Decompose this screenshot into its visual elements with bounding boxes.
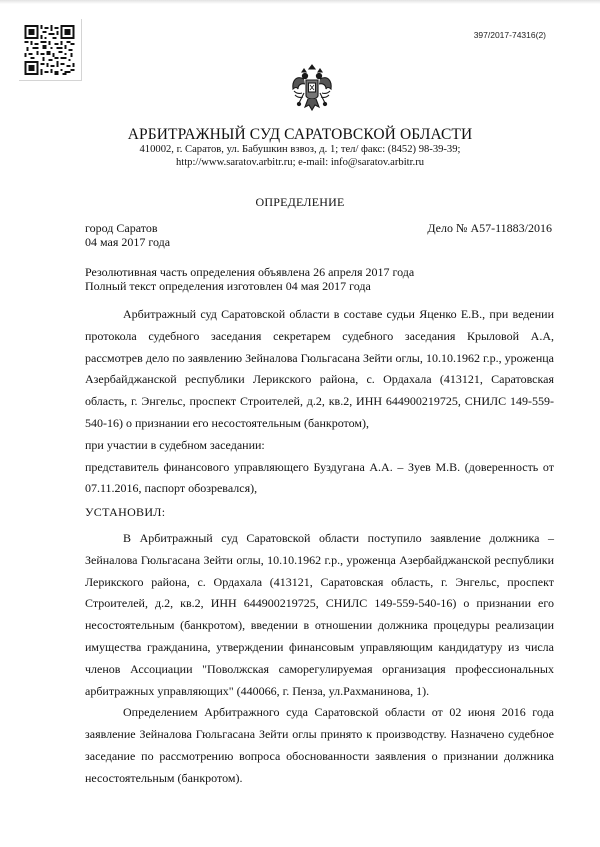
court-address: 410002, г. Саратов, ул. Бабушкин взвоз, … [0,143,600,156]
document-title: ОПРЕДЕЛЕНИЕ [0,195,600,210]
operative-part-announced: Резолютивная часть определения объявлена… [85,265,414,279]
document-body: Арбитражный суд Саратовской области в со… [85,304,554,790]
participation-label: при участии в судебном заседании: [85,435,554,457]
court-contacts: http://www.saratov.arbitr.ru; e-mail: in… [0,156,600,169]
participant-paragraph: представитель финансового управляющего Б… [85,457,554,501]
full-text-prepared: Полный текст определения изготовлен 04 м… [85,279,414,293]
court-name: АРБИТРАЖНЫЙ СУД САРАТОВСКОЙ ОБЛАСТИ [0,126,600,143]
paragraph-1: В Арбитражный суд Саратовской области по… [85,528,554,702]
qr-code-icon [24,25,75,75]
intro-paragraph: Арбитражный суд Саратовской области в со… [85,304,554,435]
document-date: 04 мая 2017 года [85,235,170,249]
established-heading: УСТАНОВИЛ: [85,502,554,524]
place-date-block: город Саратов 04 мая 2017 года [85,221,170,249]
page-top-edge [0,0,600,4]
announcement-block: Резолютивная часть определения объявлена… [85,265,414,293]
qr-code-frame [19,19,82,81]
paragraph-2: Определением Арбитражного суда Саратовск… [85,702,554,789]
russian-coat-of-arms-icon [290,63,334,115]
court-header: АРБИТРАЖНЫЙ СУД САРАТОВСКОЙ ОБЛАСТИ 4100… [0,126,600,169]
document-id: 397/2017-74316(2) [474,30,546,40]
city: город Саратов [85,221,170,235]
case-number: Дело № А57-11883/2016 [427,221,552,235]
